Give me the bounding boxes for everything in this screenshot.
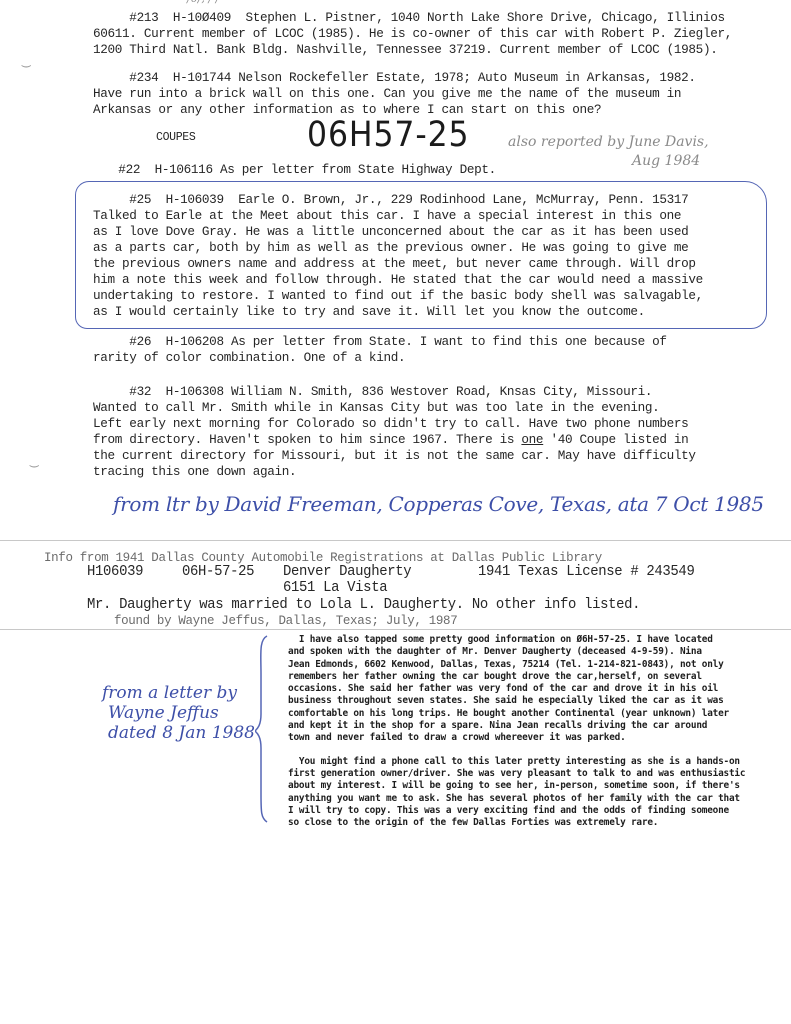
registration-license: 1941 Texas License # 243549: [478, 564, 694, 580]
letter-line: I will try to copy. This was a very exci…: [288, 805, 745, 817]
letter-line: occasions. She said her father was very …: [288, 683, 745, 695]
letter-line: remembers her father owning the car boug…: [288, 671, 745, 683]
entry-line: Talked to Earle at the Meet about this c…: [93, 208, 703, 224]
entry-25: #25 H-106039 Earle O. Brown, Jr., 229 Ro…: [93, 192, 728, 320]
entry-line: rarity of color combination. One of a ki…: [93, 350, 667, 366]
entry-line: #32 H-106308 William N. Smith, 836 Westo…: [93, 384, 696, 400]
entry-line: Left early next morning for Colorado so …: [93, 416, 696, 432]
letter-line: You might find a phone call to this late…: [288, 756, 745, 768]
jeffus-letter: I have also tapped some pretty good info…: [288, 634, 745, 829]
underlined-word: one: [521, 432, 543, 447]
entry-line: as a parts car, both by him as well as t…: [93, 240, 703, 256]
entry-line: #25 H-106039 Earle O. Brown, Jr., 229 Ro…: [93, 192, 703, 208]
entry-line: from directory. Haven't spoken to him si…: [93, 432, 696, 448]
margin-mark: ‿: [22, 52, 30, 69]
letter-line: Jean Edmonds, 6602 Kenwood, Dallas, Texa…: [288, 659, 745, 671]
entry-line: as I would certainly like to try and sav…: [93, 304, 703, 320]
jeffus-margin-note: from a letter by Wayne Jeffus dated 8 Ja…: [102, 683, 255, 743]
entry-text: '40 Coupe listed in: [543, 432, 688, 447]
curly-bracket: [255, 634, 269, 824]
letter-line: town and never failed to draw a crowd wh…: [288, 732, 745, 744]
top-handwriting-fragment: /0/, / /: [187, 0, 219, 5]
letter-line: so close to the origin of the few Dallas…: [288, 817, 745, 829]
entry-213: #213 H-10Ø409 Stephen L. Pistner, 1040 N…: [93, 10, 759, 58]
letter-line: anything you want me to ask. She has sev…: [288, 793, 745, 805]
letter-line: first generation owner/driver. She was v…: [288, 768, 745, 780]
margin-note-line: from a letter by: [102, 683, 255, 703]
entry-line: #213 H-10Ø409 Stephen L. Pistner, 1040 N…: [93, 10, 732, 26]
entry-line: Have run into a brick wall on this one. …: [93, 86, 696, 102]
entry-line: undertaking to restore. I wanted to find…: [93, 288, 703, 304]
entry-22: #22 H-106116 As per letter from State Hi…: [82, 162, 496, 178]
entry-26: #26 H-106208 As per letter from State. I…: [93, 334, 691, 366]
registration-owner: Denver Daugherty: [283, 564, 411, 580]
entry-text: from directory. Haven't spoken to him si…: [93, 432, 521, 447]
margin-mark: ‿: [30, 452, 38, 469]
freeman-handwritten-note: from ltr by David Freeman, Copperas Cove…: [113, 492, 764, 516]
pencil-note: also reported by June Davis,: [508, 134, 709, 150]
registration-serial: H106039: [87, 564, 143, 580]
margin-note-line: Wayne Jeffus: [102, 703, 255, 723]
stamped-number: 06H57-25: [307, 115, 470, 155]
entry-line: Wanted to call Mr. Smith while in Kansas…: [93, 400, 696, 416]
paste-edge-divider: [0, 629, 791, 630]
entry-234: #234 H-101744 Nelson Rockefeller Estate,…: [93, 70, 721, 118]
pencil-note-date: Aug 1984: [632, 153, 700, 169]
registration-note: Mr. Daugherty was married to Lola L. Dau…: [87, 597, 640, 613]
letter-line: comfortable on his long trips. He bought…: [288, 708, 745, 720]
letter-line: business throughout seven states. She sa…: [288, 695, 745, 707]
entry-line: the current directory for Missouri, but …: [93, 448, 696, 464]
paste-edge-divider: [0, 540, 791, 541]
entry-line: #26 H-106208 As per letter from State. I…: [93, 334, 667, 350]
margin-note-line: dated 8 Jan 1988: [102, 723, 255, 743]
entry-line: 60611. Current member of LCOC (1985). He…: [93, 26, 732, 42]
entry-line: the previous owners name and address at …: [93, 256, 703, 272]
coupes-heading: COUPES: [156, 129, 195, 145]
registration-address: 6151 La Vista: [283, 580, 387, 596]
letter-line: I have also tapped some pretty good info…: [288, 634, 745, 646]
entry-line: him a note this week and follow through.…: [93, 272, 703, 288]
entry-32: #32 H-106308 William N. Smith, 836 Westo…: [93, 384, 721, 480]
letter-line: about my interest. I will be going to se…: [288, 780, 745, 792]
registration-found-by: found by Wayne Jeffus, Dallas, Texas; Ju…: [114, 613, 457, 629]
entry-line: 1200 Third Natl. Bank Bldg. Nashville, T…: [93, 42, 732, 58]
entry-line: tracing this one down again.: [93, 464, 696, 480]
registration-number: 06H-57-25: [182, 564, 254, 580]
entry-line: as I love Dove Gray. He was a little unc…: [93, 224, 703, 240]
letter-line: and kept it in the shop for a spare. Nin…: [288, 720, 745, 732]
entry-line: #234 H-101744 Nelson Rockefeller Estate,…: [93, 70, 696, 86]
letter-line: and spoken with the daughter of Mr. Denv…: [288, 646, 745, 658]
